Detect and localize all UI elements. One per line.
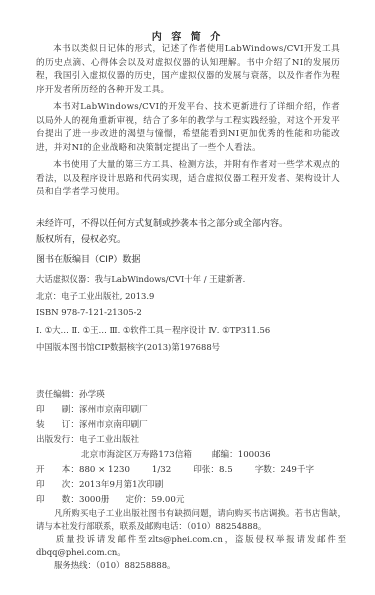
footer-complaint-text: 质量投诉请发邮件至zlts@phei.com.cn，盗版侵权举报请发邮件至dbq… bbox=[36, 534, 346, 557]
footer-hotline: 服务热线：（010）88258888。 bbox=[36, 559, 346, 572]
words-value: 249千字 bbox=[281, 465, 315, 475]
format-fraction: 1/32 bbox=[152, 465, 171, 475]
postcode-value: 100036 bbox=[238, 450, 271, 460]
address-value: 北京市海淀区万寿路173信箱 bbox=[81, 450, 192, 460]
price-value: 59.00元 bbox=[151, 495, 184, 505]
format-value: 880 × 1230 bbox=[79, 465, 130, 475]
cip-publisher-line: 北京：电子工业出版社, 2013.9 bbox=[36, 290, 154, 302]
summary-paragraph-1: 本书以类似日记体的形式，记述了作者使用LabWindows/CVI开发工具的历史… bbox=[36, 43, 340, 97]
binder-label: 装 订： bbox=[36, 420, 79, 430]
copies-value: 3000册 bbox=[79, 495, 109, 505]
postcode-label: 邮编： bbox=[212, 450, 238, 460]
cip-title-line: 大话虚拟仪器：我与LabWindows/CVI十年 / 王建新著. bbox=[36, 273, 245, 285]
printer-value: 涿州市京南印刷厂 bbox=[79, 405, 148, 415]
credit-printer: 印 刷：涿州市京南印刷厂 bbox=[36, 403, 148, 415]
rights-reserved: 版权所有，侵权必究。 bbox=[36, 232, 126, 245]
credit-binder: 装 订：涿州市京南印刷厂 bbox=[36, 418, 148, 430]
publisher-value: 电子工业出版社 bbox=[79, 435, 139, 445]
format-label: 开 本： bbox=[36, 465, 79, 475]
footer-hotline-text: 服务热线：（010）88258888。 bbox=[54, 560, 175, 570]
binder-value: 涿州市京南印刷厂 bbox=[79, 420, 148, 430]
summary-paragraph-3-text: 本书使用了大量的第三方工具、检测方法，并附有作者对一些学术观点的看法，以及程序设… bbox=[36, 160, 340, 197]
summary-paragraph-2: 本书对LabWindows/CVI的开发平台、技术更新进行了详细介绍，作者以局外… bbox=[36, 101, 340, 155]
summary-title: 内 容 简 介 bbox=[0, 28, 375, 43]
sheets-label: 印张： bbox=[193, 465, 219, 475]
edition-value: 2013年9月第1次印刷 bbox=[79, 480, 163, 490]
credit-publisher: 出版发行：电子工业出版社 bbox=[36, 433, 139, 445]
credit-format: 开 本：880 × 12301/32印张：8.5字数：249千字 bbox=[36, 463, 314, 475]
cip-heading: 图书在版编目（CIP）数据 bbox=[36, 252, 140, 265]
summary-paragraph-2-text: 本书对LabWindows/CVI的开发平台、技术更新进行了详细介绍，作者以局外… bbox=[36, 102, 340, 153]
footer-notice-text: 凡所购买电子工业出版社图书有缺损问题，请向购买书店调换。若书店售缺，请与本社发行… bbox=[36, 508, 346, 531]
cip-record-line: 中国版本图书馆CIP数据核字(2013)第197688号 bbox=[36, 341, 220, 353]
edition-label: 印 次： bbox=[36, 480, 79, 490]
printer-label: 印 刷： bbox=[36, 405, 79, 415]
summary-paragraph-3: 本书使用了大量的第三方工具、检测方法，并附有作者对一些学术观点的看法，以及程序设… bbox=[36, 159, 340, 200]
editor-value: 孙学瑛 bbox=[79, 390, 105, 400]
editor-label: 责任编辑： bbox=[36, 390, 79, 400]
cip-classification-line: Ⅰ. ①大… Ⅱ. ①王… Ⅲ. ①软件工具－程序设计 Ⅳ. ①TP311.56 bbox=[36, 324, 270, 336]
publisher-label: 出版发行： bbox=[36, 435, 79, 445]
credit-address: 北京市海淀区万寿路173信箱邮编：100036 bbox=[81, 448, 271, 460]
cip-isbn-line: ISBN 978-7-121-21305-2 bbox=[36, 307, 142, 317]
credit-edition: 印 次：2013年9月第1次印刷 bbox=[36, 478, 163, 490]
sheets-value: 8.5 bbox=[219, 465, 233, 475]
footer-notice: 凡所购买电子工业出版社图书有缺损问题，请向购买书店调换。若书店售缺，请与本社发行… bbox=[36, 507, 346, 533]
summary-paragraph-1-text: 本书以类似日记体的形式，记述了作者使用LabWindows/CVI开发工具的历史… bbox=[36, 44, 340, 95]
price-label: 定价： bbox=[125, 495, 151, 505]
copyright-notice: 未经许可，不得以任何方式复制或抄袭本书之部分或全部内容。 bbox=[36, 216, 288, 229]
footer-complaint: 质量投诉请发邮件至zlts@phei.com.cn，盗版侵权举报请发邮件至dbq… bbox=[36, 533, 346, 559]
credit-copies: 印 数：3000册定价：59.00元 bbox=[36, 493, 184, 505]
credit-editor: 责任编辑：孙学瑛 bbox=[36, 388, 105, 400]
credits-block: 责任编辑：孙学瑛 印 刷：涿州市京南印刷厂 装 订：涿州市京南印刷厂 出版发行：… bbox=[36, 388, 346, 488]
words-label: 字数： bbox=[255, 465, 281, 475]
copies-label: 印 数： bbox=[36, 495, 79, 505]
